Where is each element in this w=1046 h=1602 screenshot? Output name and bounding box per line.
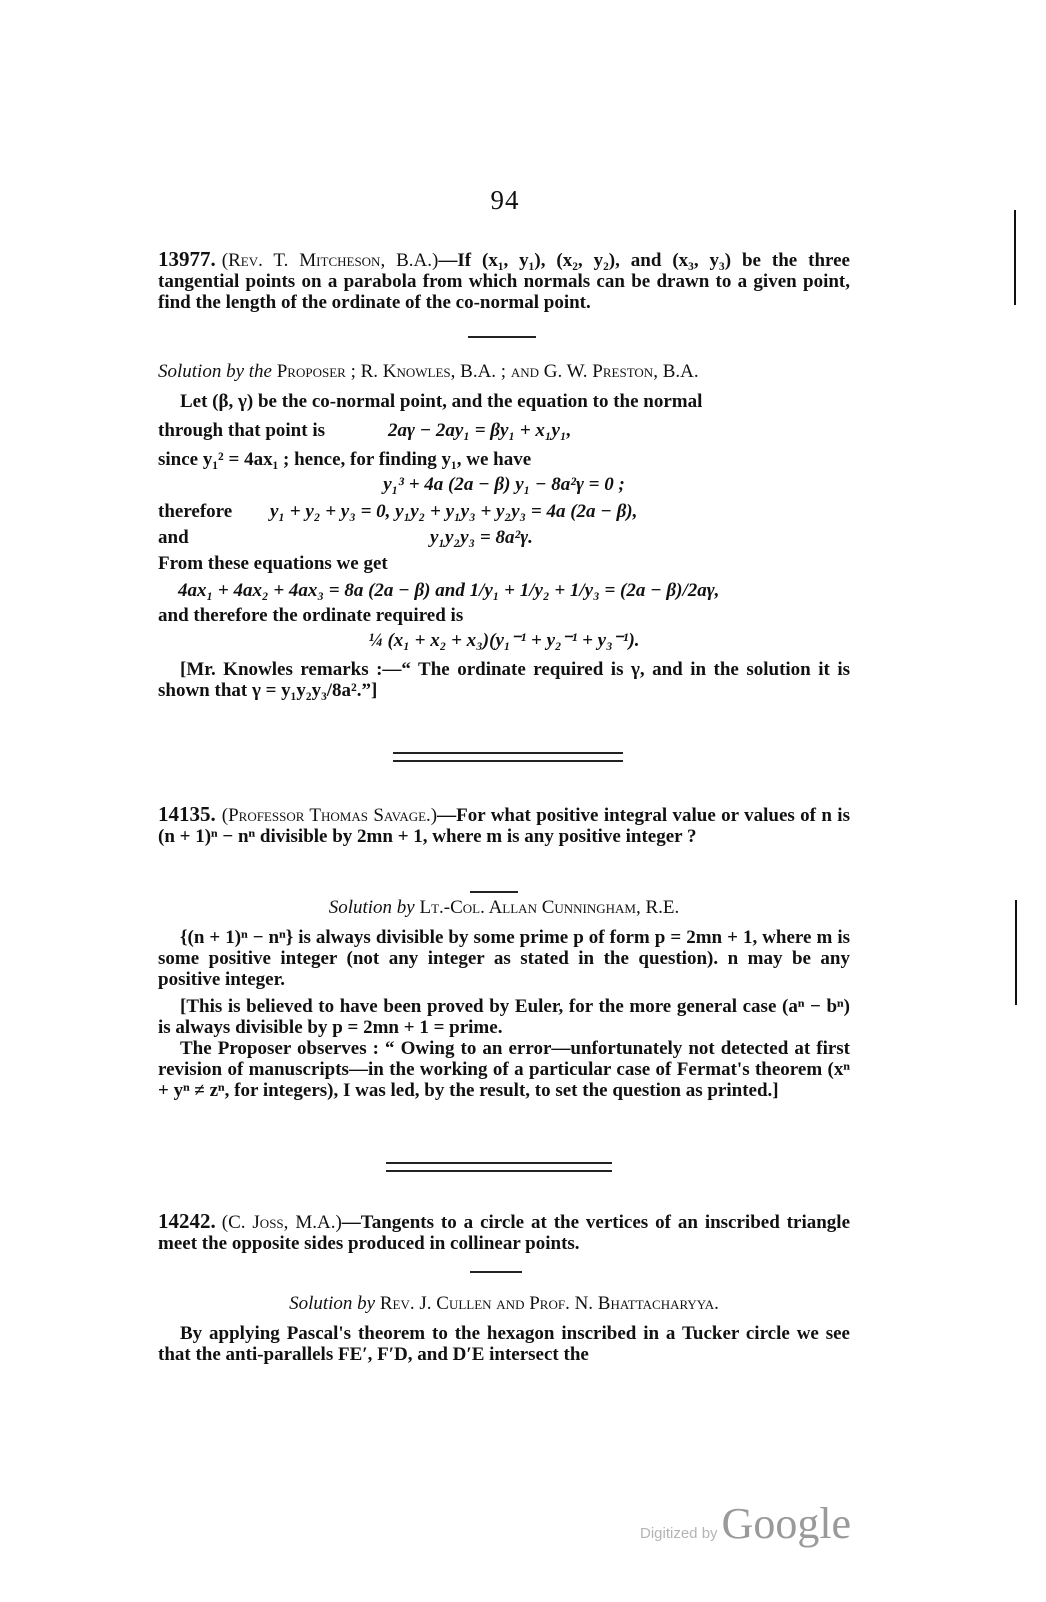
- solution-line: Let (β, γ) be the co-normal point, and t…: [158, 391, 850, 412]
- equation: y₁³ + 4a (2a − β) y₁ − 8a²γ = 0 ;: [158, 474, 850, 495]
- problem-proposer: (Professor Thomas Savage.): [222, 805, 437, 826]
- problem-14242: 14242.(C. Joss, M.A.)—Tangents to a circ…: [158, 1211, 850, 1254]
- solution-line: and: [158, 527, 430, 548]
- solution-13977: Solution by the Proposer ; R. Knowles, B…: [158, 361, 850, 701]
- remark: [Mr. Knowles remarks :—“ The ordinate re…: [158, 659, 850, 701]
- problem-number: 13977.: [158, 247, 216, 271]
- problem-13977: 13977.(Rev. T. Mitcheson, B.A.)—If (x₁, …: [158, 249, 850, 313]
- problem-number: 14242.: [158, 1209, 216, 1233]
- page-number: 94: [0, 185, 1010, 216]
- remark: [This is believed to have been proved by…: [158, 996, 850, 1038]
- equation: 2aγ − 2ay₁ = βy₁ + x₁y₁,: [388, 420, 571, 441]
- solution-by-label: Solution by the: [158, 361, 272, 382]
- problem-14135: 14135.(Professor Thomas Savage.)—For wha…: [158, 804, 850, 847]
- equation: ¼ (x₁ + x₂ + x₃)(y₁⁻¹ + y₂⁻¹ + y₃⁻¹).: [158, 630, 850, 651]
- solution-14135: Solution by Lt.-Col. Allan Cunningham, R…: [158, 897, 850, 1101]
- equation: 4ax₁ + 4ax₂ + 4ax₃ = 8a (2a − β) and 1/y…: [158, 580, 850, 601]
- section-rule: [470, 891, 518, 893]
- solution-line: since y₁² = 4ax₁ ; hence, for finding y₁…: [158, 449, 850, 470]
- remark: The Proposer observes : “ Owing to an er…: [158, 1038, 850, 1101]
- solution-line: therefore: [158, 501, 270, 522]
- section-divider: [386, 1162, 612, 1172]
- problem-number: 14135.: [158, 802, 216, 826]
- solution-by-label: Solution by: [329, 897, 415, 918]
- solution-line: From these equations we get: [158, 553, 850, 574]
- problem-proposer: (C. Joss, M.A.): [222, 1212, 342, 1233]
- solution-authors: Rev. J. Cullen and Prof. N. Bhattacharyy…: [380, 1293, 719, 1314]
- problem-proposer: (Rev. T. Mitcheson, B.A.): [222, 250, 439, 271]
- solution-authors: Lt.-Col. Allan Cunningham, R.E.: [420, 897, 680, 918]
- solution-14242: Solution by Rev. J. Cullen and Prof. N. …: [158, 1293, 850, 1365]
- google-logo: Google: [722, 1498, 852, 1549]
- solution-line: By applying Pascal's theorem to the hexa…: [158, 1323, 850, 1365]
- section-rule: [468, 336, 536, 338]
- solution-authors: Proposer ; R. Knowles, B.A. ; and G. W. …: [277, 361, 699, 382]
- digitized-watermark: Digitized by Google: [640, 1498, 851, 1549]
- scanned-page: 94 13977.(Rev. T. Mitcheson, B.A.)—If (x…: [0, 0, 1046, 1602]
- solution-by-label: Solution by: [289, 1293, 375, 1314]
- watermark-prefix: Digitized by: [640, 1525, 718, 1542]
- section-divider: [393, 752, 623, 762]
- margin-scan-mark: [1014, 210, 1016, 305]
- solution-line: {(n + 1)ⁿ − nⁿ} is always divisible by s…: [158, 927, 850, 990]
- solution-line: and therefore the ordinate required is: [158, 605, 850, 626]
- solution-line: through that point is: [158, 420, 388, 441]
- equation: y₁ + y₂ + y₃ = 0, y₁y₂ + y₁y₃ + y₂y₃ = 4…: [270, 501, 637, 522]
- margin-scan-mark: [1015, 900, 1017, 1005]
- section-rule: [470, 1271, 522, 1273]
- equation: y₁y₂y₃ = 8a²γ.: [430, 527, 533, 548]
